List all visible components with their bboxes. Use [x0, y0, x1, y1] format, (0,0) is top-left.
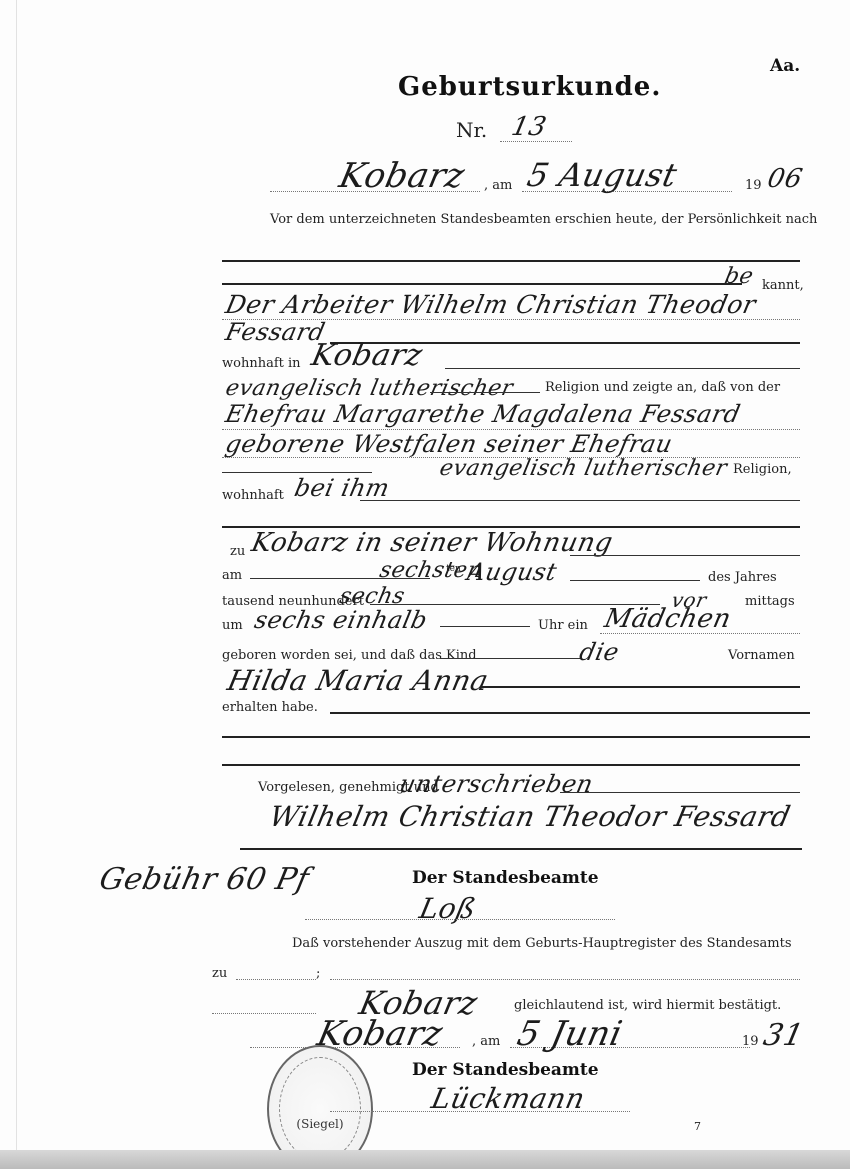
rule — [360, 500, 800, 501]
cert-date: 5 Juni — [514, 1014, 626, 1054]
document-title: Geburtsurkunde. — [398, 72, 661, 102]
mother-line2: geborene Westfalen seiner Ehefrau — [223, 430, 675, 458]
number-value: 13 — [509, 112, 549, 142]
number-label: Nr. — [456, 118, 487, 142]
religion2-text: Religion, — [733, 462, 792, 477]
rule — [440, 658, 580, 659]
header-date: 5 August — [524, 156, 681, 194]
zu-label: zu — [230, 544, 245, 559]
dotted-line — [212, 1012, 316, 1014]
standesbeamte-label-1: Der Standesbeamte — [412, 868, 599, 888]
header-am: , am — [484, 178, 512, 193]
am-label: am — [222, 568, 242, 583]
rule — [222, 283, 742, 285]
religion1-text: Religion und zeigte an, daß von der — [545, 380, 780, 395]
wohnhaft-in-label: wohnhaft in — [222, 356, 301, 371]
header-place: Kobarz — [336, 156, 469, 196]
am-ten: ten — [446, 564, 461, 574]
child-names: Hilda Maria Anna — [224, 664, 491, 697]
des-jahres: des Jahres — [708, 570, 777, 585]
rule — [560, 792, 800, 793]
rule — [222, 260, 800, 262]
cert-semicolon: ; — [316, 966, 320, 981]
rule — [330, 712, 810, 714]
geboren-text: geboren worden sei, und daß das Kind — [222, 648, 477, 663]
rule — [222, 736, 810, 738]
rule — [440, 626, 530, 627]
um-label: um — [222, 618, 243, 633]
rule — [445, 368, 800, 369]
scan-edge-bottom — [0, 1150, 850, 1169]
kannt-printed: kannt, — [762, 278, 804, 293]
cert-year-prefix: 19 — [742, 1034, 759, 1049]
mittags-label: mittags — [745, 594, 795, 609]
page-number: 7 — [694, 1120, 701, 1133]
signature-line-1 — [305, 918, 615, 920]
seal-label: (Siegel) — [269, 1117, 371, 1131]
child-sex: Mädchen — [602, 604, 734, 634]
signature-line-2 — [330, 1110, 630, 1112]
header-year-suffix: 06 — [765, 164, 805, 194]
rule — [240, 848, 802, 850]
rule — [222, 472, 372, 473]
cert-zu-label: zu — [212, 966, 227, 981]
religion2-value: evangelisch lutherischer — [437, 456, 729, 481]
die-value: die — [577, 638, 622, 666]
rule — [430, 392, 540, 393]
dotted-line — [330, 978, 800, 980]
wohnhaft-in-value: Kobarz — [308, 338, 425, 373]
standesbeamte-label-2: Der Standesbeamte — [412, 1060, 599, 1080]
standesbeamte-signature-1: Loß — [416, 892, 479, 925]
rule — [570, 555, 800, 556]
vornamen-label: Vornamen — [728, 648, 795, 663]
mother-line1: Ehefrau Margarethe Magdalena Fessard — [223, 400, 743, 428]
religion1-value: evangelisch lutherischer — [223, 376, 515, 401]
rule — [570, 580, 700, 581]
seal-inner-ring — [279, 1057, 361, 1161]
fee-note: Gebühr 60 Pf — [96, 862, 312, 897]
um-value: sechs einhalb — [252, 606, 430, 634]
erhalten-label: erhalten habe. — [222, 700, 318, 715]
informant-line1: Der Arbeiter Wilhelm Christian Theodor — [223, 290, 759, 319]
cert-year-suffix: 31 — [760, 1018, 807, 1053]
rule — [222, 764, 800, 766]
cert-confirm-text: gleichlautend ist, wird hiermit bestätig… — [514, 998, 781, 1013]
uhr-ein-label: Uhr ein — [538, 618, 588, 633]
rule — [480, 686, 800, 688]
kannt-handwritten: be — [722, 264, 755, 289]
intro-text: Vor dem unterzeichneten Standesbeamten e… — [270, 212, 817, 227]
wohnhaft2-label: wohnhaft — [222, 488, 284, 503]
zu-value: Kobarz in seiner Wohnung — [249, 528, 616, 558]
form-code: Aa. — [770, 56, 800, 76]
wohnhaft2-value: bei ihm — [292, 474, 392, 502]
informant-line2: Fessard — [223, 318, 328, 346]
am-month: August — [465, 558, 560, 586]
dotted-line — [600, 632, 800, 634]
signatory: Wilhelm Christian Theodor Fessard — [266, 800, 793, 833]
cert-am: , am — [472, 1034, 500, 1049]
unterschrieben-value: unterschrieben — [397, 770, 596, 798]
certification-text: Daß vorstehender Auszug mit dem Geburts-… — [292, 936, 792, 951]
dotted-line — [236, 978, 316, 980]
scan-edge-left — [16, 0, 17, 1150]
header-year-prefix: 19 — [745, 178, 762, 193]
